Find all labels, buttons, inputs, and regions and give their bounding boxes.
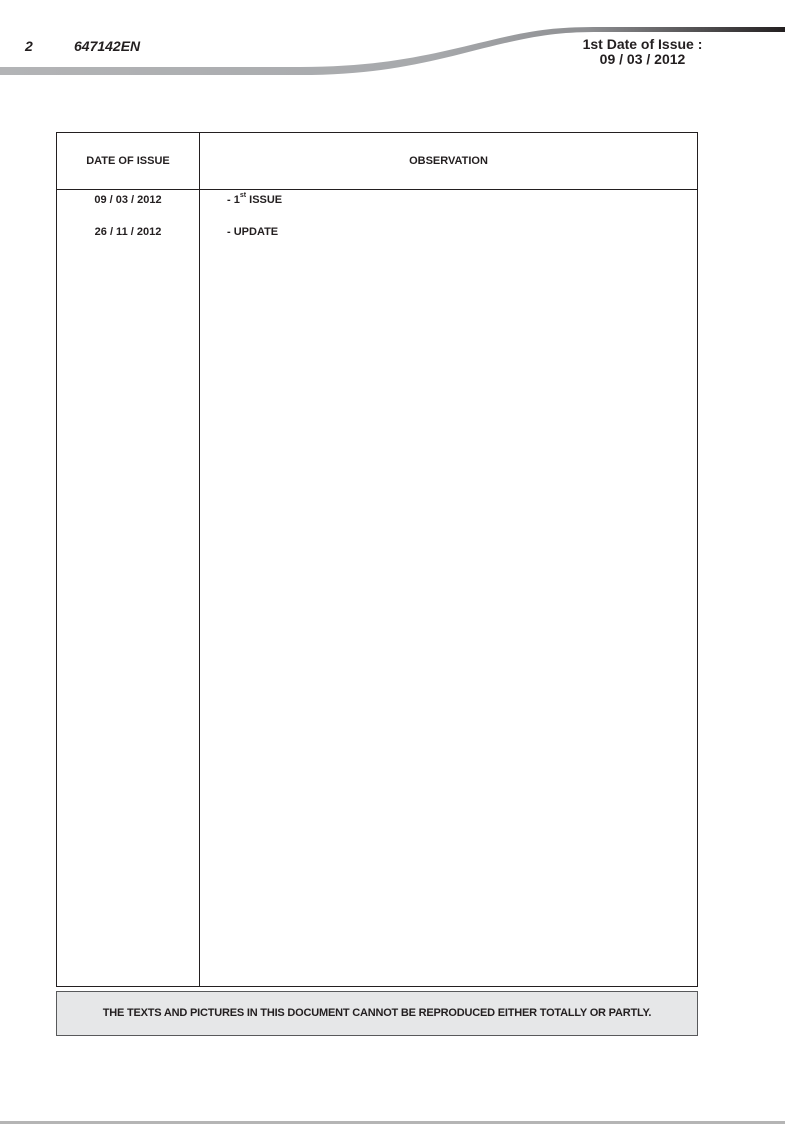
first-issue-date: 09 / 03 / 2012	[560, 52, 725, 67]
document-code: 647142EN	[74, 38, 140, 54]
row-observation: - UPDATE	[227, 226, 278, 238]
column-header-date: DATE OF ISSUE	[57, 155, 199, 167]
row-date: 26 / 11 / 2012	[57, 226, 199, 238]
page-number: 2	[25, 38, 33, 54]
header-divider	[57, 189, 697, 190]
first-issue-info: 1st Date of Issue : 09 / 03 / 2012	[560, 37, 725, 67]
table-row: 26 / 11 / 2012 - UPDATE	[57, 226, 697, 242]
column-divider	[199, 133, 200, 986]
row-observation: - 1st ISSUE	[227, 194, 282, 206]
row-date: 09 / 03 / 2012	[57, 194, 199, 206]
column-header-observation: OBSERVATION	[200, 155, 697, 167]
first-issue-label: 1st Date of Issue :	[560, 37, 725, 52]
revision-table: DATE OF ISSUE OBSERVATION 09 / 03 / 2012…	[56, 132, 698, 987]
copyright-notice: THE TEXTS AND PICTURES IN THIS DOCUMENT …	[56, 991, 698, 1036]
table-row: 09 / 03 / 2012 - 1st ISSUE	[57, 194, 697, 210]
